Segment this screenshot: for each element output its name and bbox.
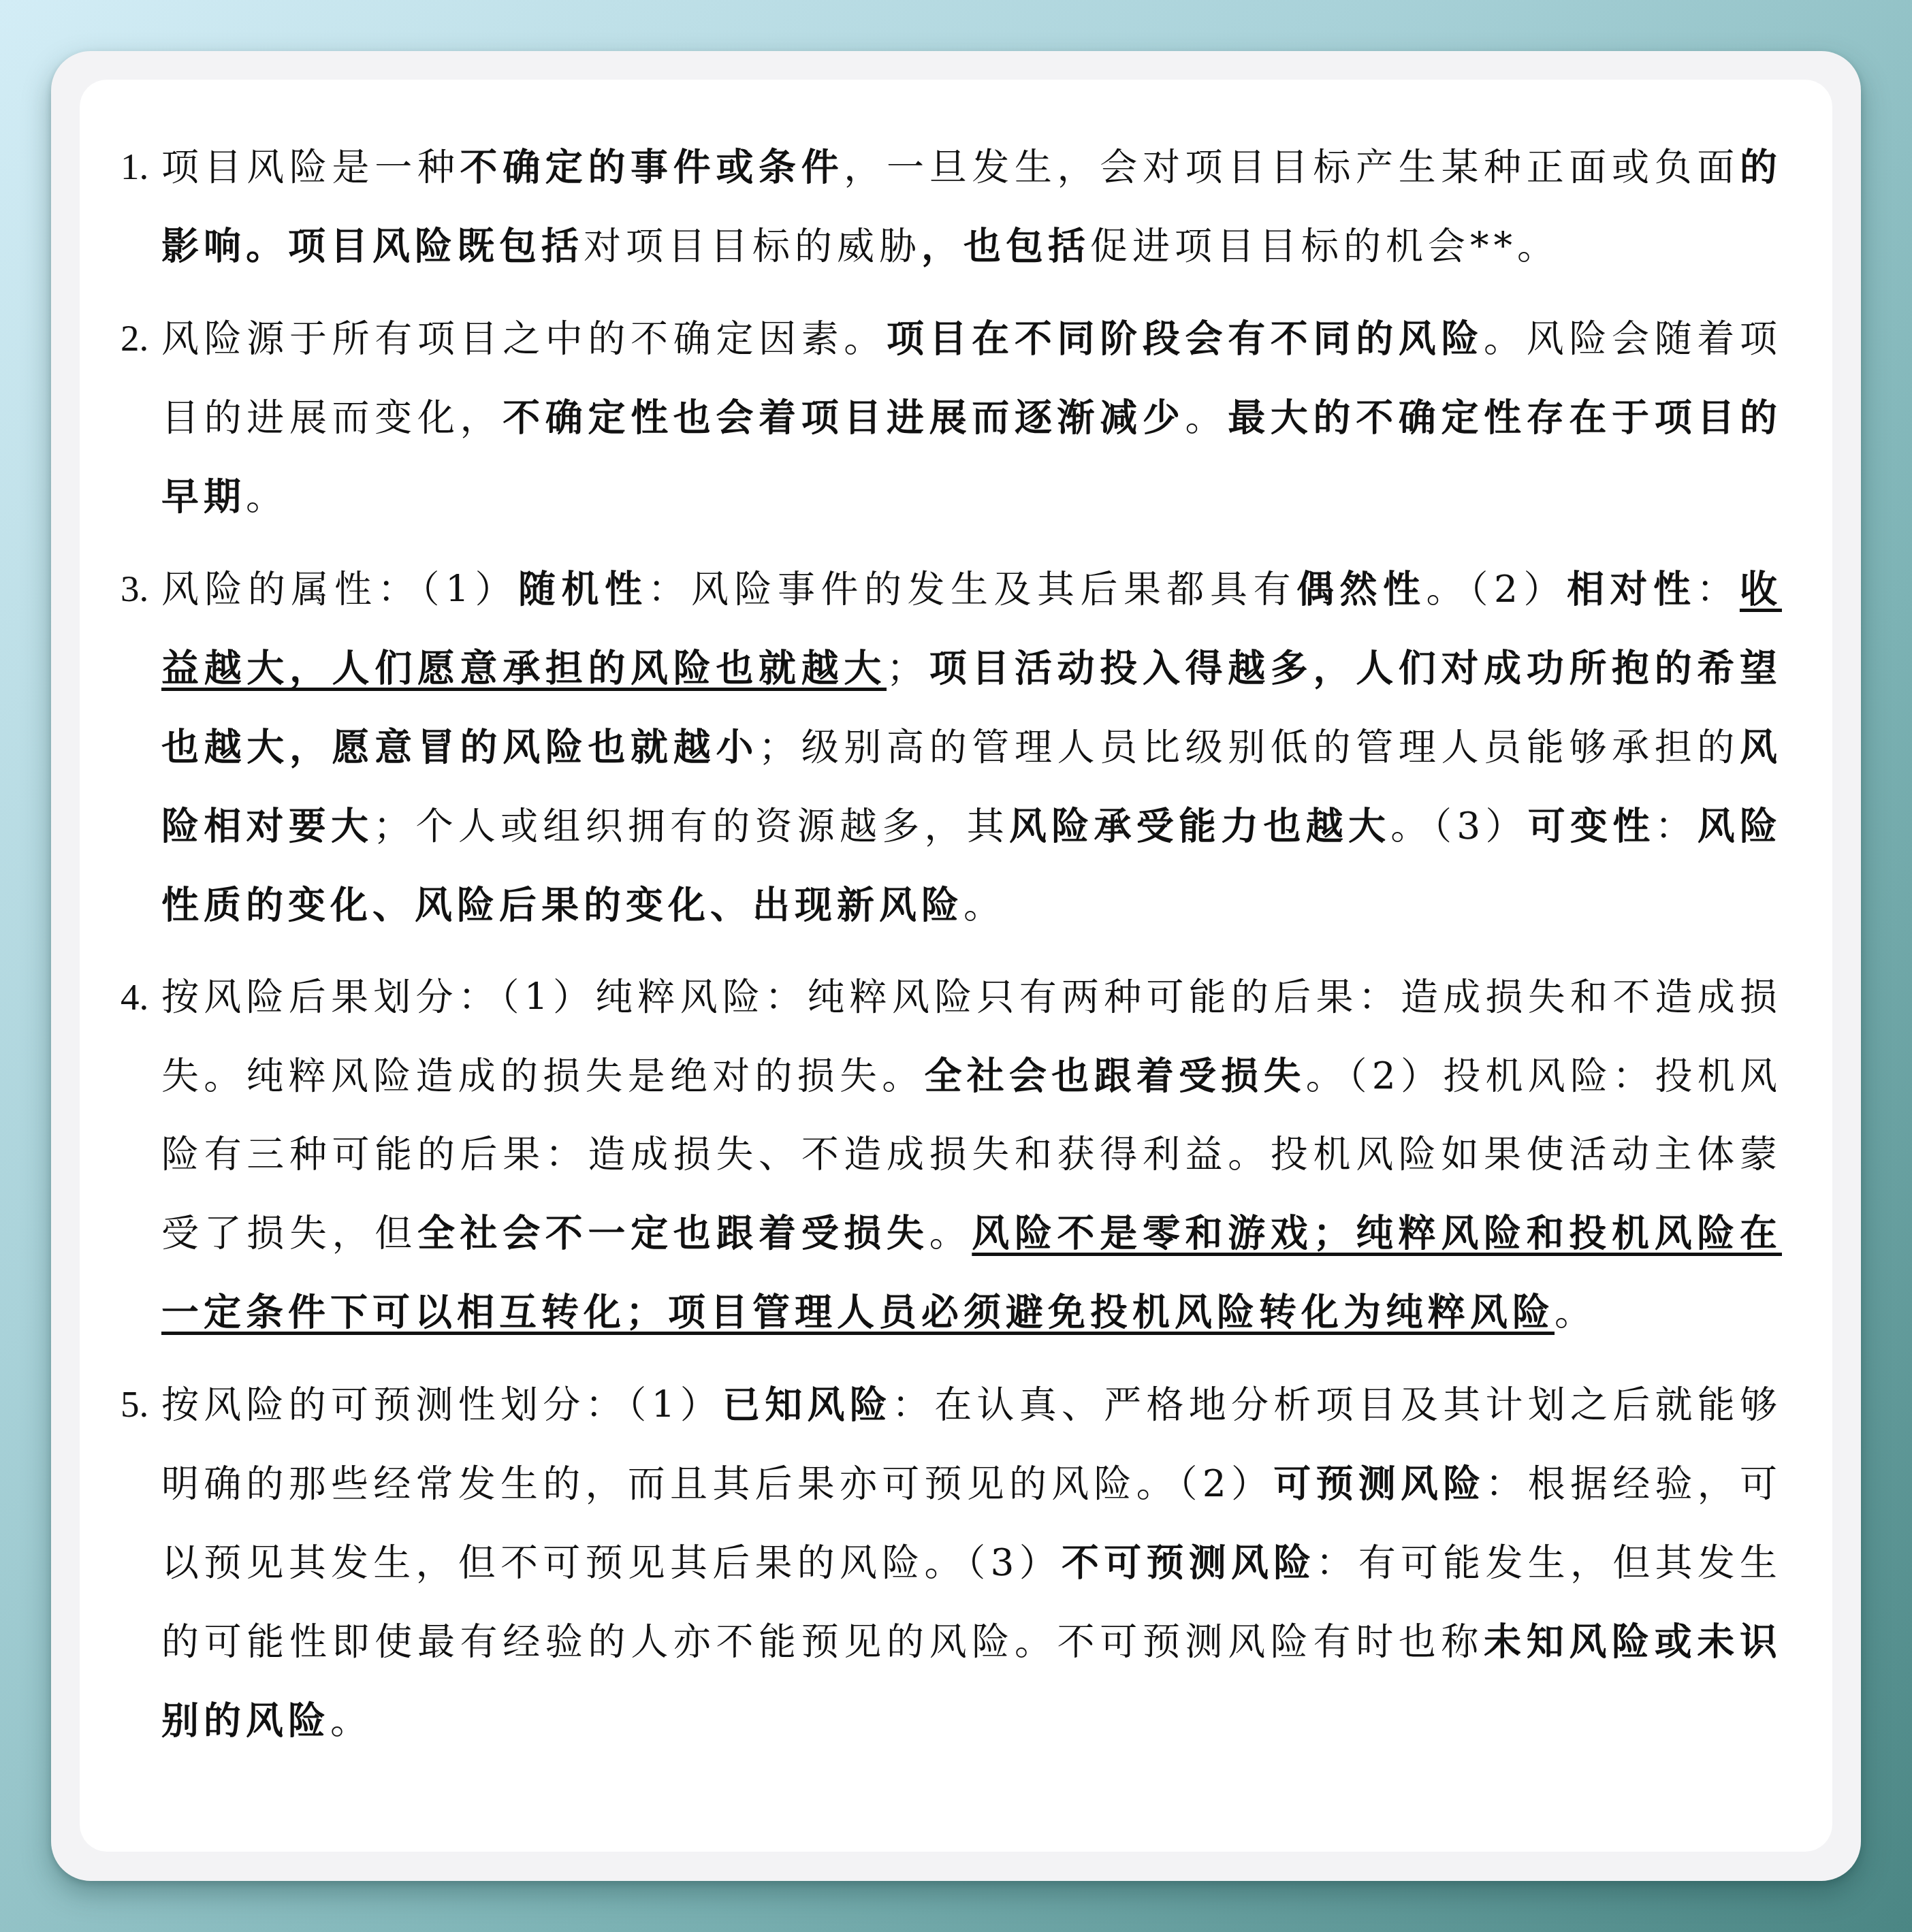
bold-text-segment: 项目在不同阶段会有不同的风险: [887, 316, 1484, 360]
list-item-4: 4.按风险后果划分：（1）纯粹风险：纯粹风险只有两种可能的后果：造成损失和不造成…: [121, 958, 1782, 1351]
bold-text-segment: 可变性: [1528, 803, 1655, 848]
text-segment: 。: [929, 1211, 972, 1255]
text-segment: ：: [1655, 804, 1697, 848]
bold-text-segment: 可预测风险: [1273, 1461, 1485, 1505]
text-segment: ；: [887, 646, 929, 690]
bold-text-segment: 不确定的事件或条件: [460, 144, 844, 189]
bold-text-segment: 风险承受能力也越大: [1009, 803, 1390, 848]
text-segment: ：风险事件的发生及其后果都具有: [648, 567, 1296, 611]
text-segment: 项目风险是一种: [161, 145, 460, 189]
text-segment: 。: [330, 1698, 372, 1742]
text-segment: 。: [1185, 396, 1228, 439]
text-segment: 。: [1555, 1290, 1597, 1334]
list-item-3: 3.风险的属性：（1）随机性：风险事件的发生及其后果都具有偶然性。（2）相对性：…: [121, 549, 1782, 944]
bold-text-segment: 全社会也跟着受损失: [925, 1053, 1306, 1097]
bold-text-segment: 全社会不一定也跟着受损失: [417, 1210, 929, 1255]
text-segment: 风险源于所有项目之中的不确定因素。: [161, 317, 887, 360]
bold-text-segment: 相对性: [1567, 566, 1697, 611]
item-number: 4.: [121, 958, 148, 1036]
text-segment: ；级别高的管理人员比级别低的管理人员能够承担的: [759, 725, 1740, 769]
text-segment: ：: [1696, 567, 1740, 611]
content-panel: 1.项目风险是一种不确定的事件或条件，一旦发生，会对项目目标产生某种正面或负面的…: [80, 80, 1832, 1852]
text-segment: ；个人或组织拥有的资源越多，其: [373, 804, 1009, 848]
bold-text-segment: 不可预测风险: [1062, 1540, 1316, 1584]
text-segment: 对项目目标的威胁: [584, 224, 921, 268]
text-segment: 。: [963, 883, 1006, 927]
text-segment: 促进项目目标的机会**。: [1090, 224, 1559, 268]
outer-card: 1.项目风险是一种不确定的事件或条件，一旦发生，会对项目目标产生某种正面或负面的…: [51, 51, 1861, 1881]
text-segment: ，一旦发生，会对项目目标产生某种正面或负面: [844, 145, 1740, 189]
text-segment: 。（3）: [1390, 804, 1527, 848]
item-number: 5.: [121, 1365, 148, 1443]
list-item-1: 1.项目风险是一种不确定的事件或条件，一旦发生，会对项目目标产生某种正面或负面的…: [121, 127, 1782, 285]
bold-text-segment: ，也包括: [921, 223, 1090, 268]
list-item-2: 2.风险源于所有项目之中的不确定因素。项目在不同阶段会有不同的风险。风险会随着项…: [121, 299, 1782, 536]
bold-text-segment: 已知风险: [722, 1382, 892, 1426]
text-segment: 。（2）: [1426, 567, 1566, 611]
bold-text-segment: 不确定性也会着项目进展而逐渐减少: [503, 395, 1185, 439]
risk-notes-list: 1.项目风险是一种不确定的事件或条件，一旦发生，会对项目目标产生某种正面或负面的…: [121, 127, 1782, 1773]
item-number: 3.: [121, 549, 148, 628]
item-number: 2.: [121, 299, 148, 377]
bold-text-segment: 偶然性: [1296, 566, 1427, 611]
text-segment: 按风险的可预测性划分：（1）: [161, 1383, 722, 1426]
bold-text-segment: 随机性: [518, 566, 648, 611]
text-segment: 风险的属性：（1）: [161, 567, 518, 611]
list-item-5: 5.按风险的可预测性划分：（1）已知风险：在认真、严格地分析项目及其计划之后就能…: [121, 1365, 1782, 1760]
item-number: 1.: [121, 127, 148, 206]
text-segment: 。: [246, 474, 288, 518]
